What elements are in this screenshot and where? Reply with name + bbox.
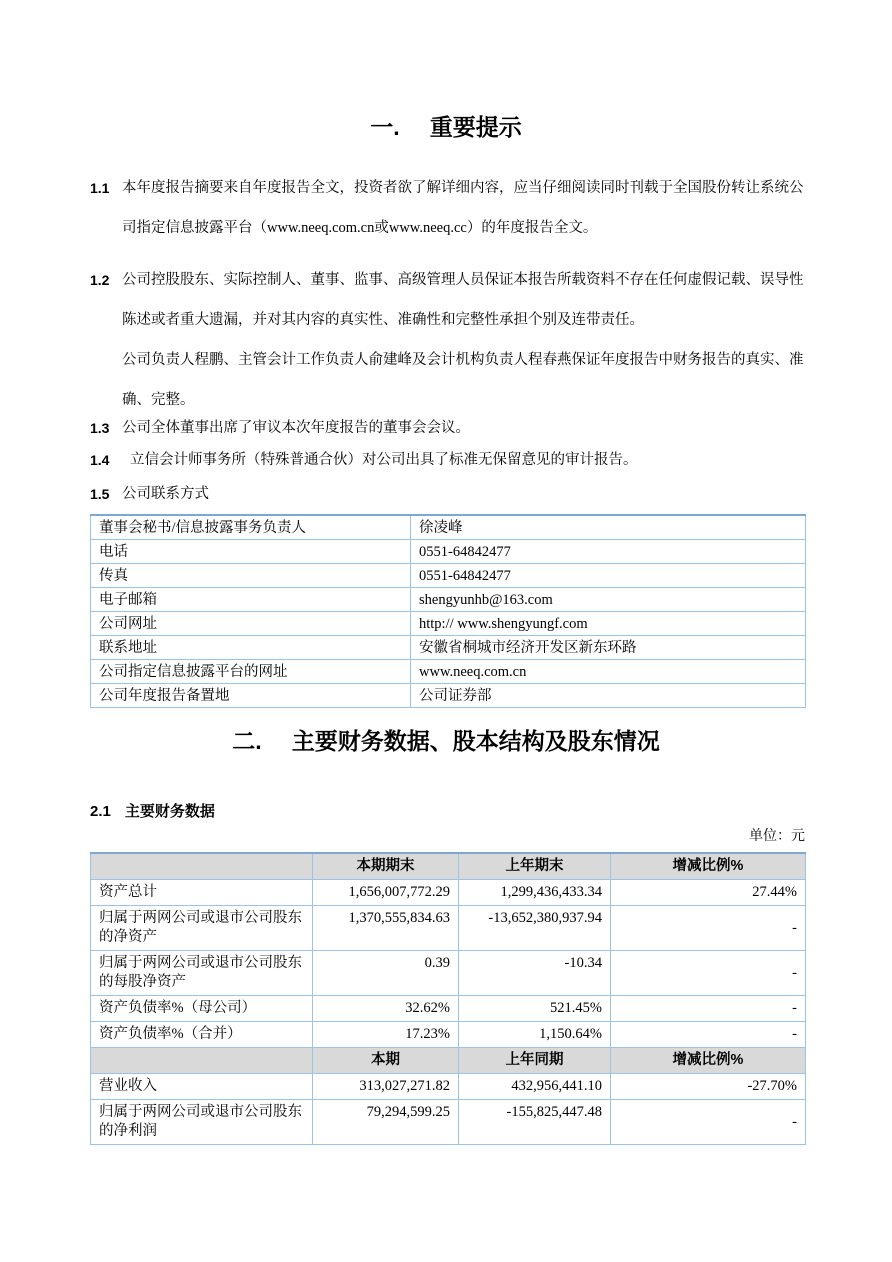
finance-change-value: -: [611, 1100, 806, 1145]
contact-row-value: 0551-64842477: [411, 540, 806, 564]
finance-current-value: 1,370,555,834.63: [313, 906, 459, 951]
finance-prior-value: -13,652,380,937.94: [459, 906, 611, 951]
finance-header-cell: 上年期末: [459, 853, 611, 880]
item-1-4-text: 立信会计师事务所（特殊普通合伙）对公司出具了标准无保留意见的审计报告。: [122, 446, 805, 474]
finance-row-label: 营业收入: [91, 1074, 313, 1100]
finance-current-value: 32.62%: [313, 996, 459, 1022]
finance-prior-value: 1,299,436,433.34: [459, 880, 611, 906]
item-1-3-number: 1.3: [90, 414, 122, 442]
contact-row: 董事会秘书/信息披露事务负责人徐凌峰: [91, 515, 806, 540]
item-1-4: 1.4 立信会计师事务所（特殊普通合伙）对公司出具了标准无保留意见的审计报告。: [90, 446, 805, 474]
finance-header-cell: 上年同期: [459, 1048, 611, 1074]
finance-header-cell: [91, 853, 313, 880]
section1-number: 一.: [370, 114, 399, 140]
item-1-3: 1.3 公司全体董事出席了审议本次年度报告的董事会会议。: [90, 414, 805, 442]
finance-data-row: 资产总计1,656,007,772.291,299,436,433.3427.4…: [91, 880, 806, 906]
item-1-5-number: 1.5: [90, 480, 122, 508]
finance-row-label: 资产负债率%（合并）: [91, 1022, 313, 1048]
contact-row: 公司指定信息披露平台的网址www.neeq.com.cn: [91, 660, 806, 684]
contact-row-value: http:// www.shengyungf.com: [411, 612, 806, 636]
section1-heading: 一.重要提示: [0, 112, 892, 142]
contact-row: 电子邮箱shengyunhb@163.com: [91, 588, 806, 612]
item-1-4-number: 1.4: [90, 446, 122, 474]
contact-row-label: 公司指定信息披露平台的网址: [91, 660, 411, 684]
finance-row-label: 资产总计: [91, 880, 313, 906]
finance-prior-value: 521.45%: [459, 996, 611, 1022]
contact-row-value: shengyunhb@163.com: [411, 588, 806, 612]
section2-title: 主要财务数据、股本结构及股东情况: [292, 728, 660, 754]
item-1-1-text: 本年度报告摘要来自年度报告全文，投资者欲了解详细内容，应当仔细阅读同时刊载于全国…: [122, 168, 805, 248]
section1-title: 重要提示: [430, 114, 522, 140]
contact-row-value: www.neeq.com.cn: [411, 660, 806, 684]
contact-row-value: 公司证券部: [411, 684, 806, 708]
finance-data-row: 归属于两网公司或退市公司股东的每股净资产0.39-10.34-: [91, 951, 806, 996]
finance-current-value: 313,027,271.82: [313, 1074, 459, 1100]
contact-row-label: 董事会秘书/信息披露事务负责人: [91, 515, 411, 540]
finance-change-value: -27.70%: [611, 1074, 806, 1100]
finance-current-value: 79,294,599.25: [313, 1100, 459, 1145]
item-1-2-text: 公司控股股东、实际控制人、董事、监事、高级管理人员保证本报告所载资料不存在任何虚…: [122, 260, 805, 420]
item-1-3-text: 公司全体董事出席了审议本次年度报告的董事会会议。: [122, 414, 805, 442]
finance-header-row: 本期期末上年期末增减比例%: [91, 853, 806, 880]
contact-row: 公司网址http:// www.shengyungf.com: [91, 612, 806, 636]
subsection-2-1-title: 主要财务数据: [125, 803, 215, 820]
contact-row: 传真0551-64842477: [91, 564, 806, 588]
finance-data-row: 资产负债率%（母公司）32.62%521.45%-: [91, 996, 806, 1022]
contact-row: 公司年度报告备置地公司证券部: [91, 684, 806, 708]
unit-label: 单位：元: [90, 828, 805, 846]
item-1-5: 1.5 公司联系方式: [90, 480, 805, 508]
finance-table-wrapper: 本期期末上年期末增减比例%资产总计1,656,007,772.291,299,4…: [90, 852, 805, 1145]
finance-header-cell: 本期期末: [313, 853, 459, 880]
item-1-2-paragraph-2: 公司负责人程鹏、主管会计工作负责人俞建峰及会计机构负责人程春燕保证年度报告中财务…: [122, 340, 805, 420]
finance-prior-value: 432,956,441.10: [459, 1074, 611, 1100]
finance-row-label: 归属于两网公司或退市公司股东的每股净资产: [91, 951, 313, 996]
contact-row-label: 联系地址: [91, 636, 411, 660]
finance-change-value: -: [611, 1022, 806, 1048]
finance-header-cell: 增减比例%: [611, 1048, 806, 1074]
section2-heading: 二.主要财务数据、股本结构及股东情况: [0, 726, 892, 756]
finance-change-value: -: [611, 951, 806, 996]
item-1-1-number: 1.1: [90, 168, 122, 208]
finance-row-label: 归属于两网公司或退市公司股东的净资产: [91, 906, 313, 951]
finance-header-row: 本期上年同期增减比例%: [91, 1048, 806, 1074]
finance-row-label: 归属于两网公司或退市公司股东的净利润: [91, 1100, 313, 1145]
contact-row-value: 0551-64842477: [411, 564, 806, 588]
contact-table-wrapper: 董事会秘书/信息披露事务负责人徐凌峰电话0551-64842477传真0551-…: [90, 514, 805, 708]
finance-header-cell: 本期: [313, 1048, 459, 1074]
finance-prior-value: -10.34: [459, 951, 611, 996]
contact-row-value: 安徽省桐城市经济开发区新东环路: [411, 636, 806, 660]
finance-current-value: 1,656,007,772.29: [313, 880, 459, 906]
contact-row-label: 公司网址: [91, 612, 411, 636]
contact-row-label: 电话: [91, 540, 411, 564]
finance-current-value: 0.39: [313, 951, 459, 996]
item-1-5-text: 公司联系方式: [122, 480, 805, 508]
item-1-2: 1.2 公司控股股东、实际控制人、董事、监事、高级管理人员保证本报告所载资料不存…: [90, 260, 805, 420]
finance-prior-value: 1,150.64%: [459, 1022, 611, 1048]
finance-current-value: 17.23%: [313, 1022, 459, 1048]
finance-data-row: 营业收入313,027,271.82432,956,441.10-27.70%: [91, 1074, 806, 1100]
finance-header-cell: 增减比例%: [611, 853, 806, 880]
finance-header-cell: [91, 1048, 313, 1074]
contact-row-label: 公司年度报告备置地: [91, 684, 411, 708]
finance-change-value: -: [611, 906, 806, 951]
finance-data-row: 归属于两网公司或退市公司股东的净资产1,370,555,834.63-13,65…: [91, 906, 806, 951]
subsection-2-1-heading: 2.1主要财务数据: [90, 802, 805, 822]
item-1-1: 1.1 本年度报告摘要来自年度报告全文，投资者欲了解详细内容，应当仔细阅读同时刊…: [90, 168, 805, 248]
document-page: 一.重要提示 1.1 本年度报告摘要来自年度报告全文，投资者欲了解详细内容，应当…: [0, 0, 892, 1262]
item-1-2-paragraph-1: 公司控股股东、实际控制人、董事、监事、高级管理人员保证本报告所载资料不存在任何虚…: [122, 260, 805, 340]
finance-change-value: -: [611, 996, 806, 1022]
contact-row-label: 传真: [91, 564, 411, 588]
contact-table: 董事会秘书/信息披露事务负责人徐凌峰电话0551-64842477传真0551-…: [90, 514, 806, 708]
contact-row-value: 徐凌峰: [411, 515, 806, 540]
finance-prior-value: -155,825,447.48: [459, 1100, 611, 1145]
finance-table: 本期期末上年期末增减比例%资产总计1,656,007,772.291,299,4…: [90, 852, 806, 1145]
item-1-2-number: 1.2: [90, 260, 122, 300]
finance-data-row: 归属于两网公司或退市公司股东的净利润79,294,599.25-155,825,…: [91, 1100, 806, 1145]
finance-change-value: 27.44%: [611, 880, 806, 906]
contact-row-label: 电子邮箱: [91, 588, 411, 612]
section2-number: 二.: [232, 728, 261, 754]
finance-data-row: 资产负债率%（合并）17.23%1,150.64%-: [91, 1022, 806, 1048]
subsection-2-1-number: 2.1: [90, 803, 111, 820]
contact-row: 电话0551-64842477: [91, 540, 806, 564]
finance-row-label: 资产负债率%（母公司）: [91, 996, 313, 1022]
contact-row: 联系地址安徽省桐城市经济开发区新东环路: [91, 636, 806, 660]
